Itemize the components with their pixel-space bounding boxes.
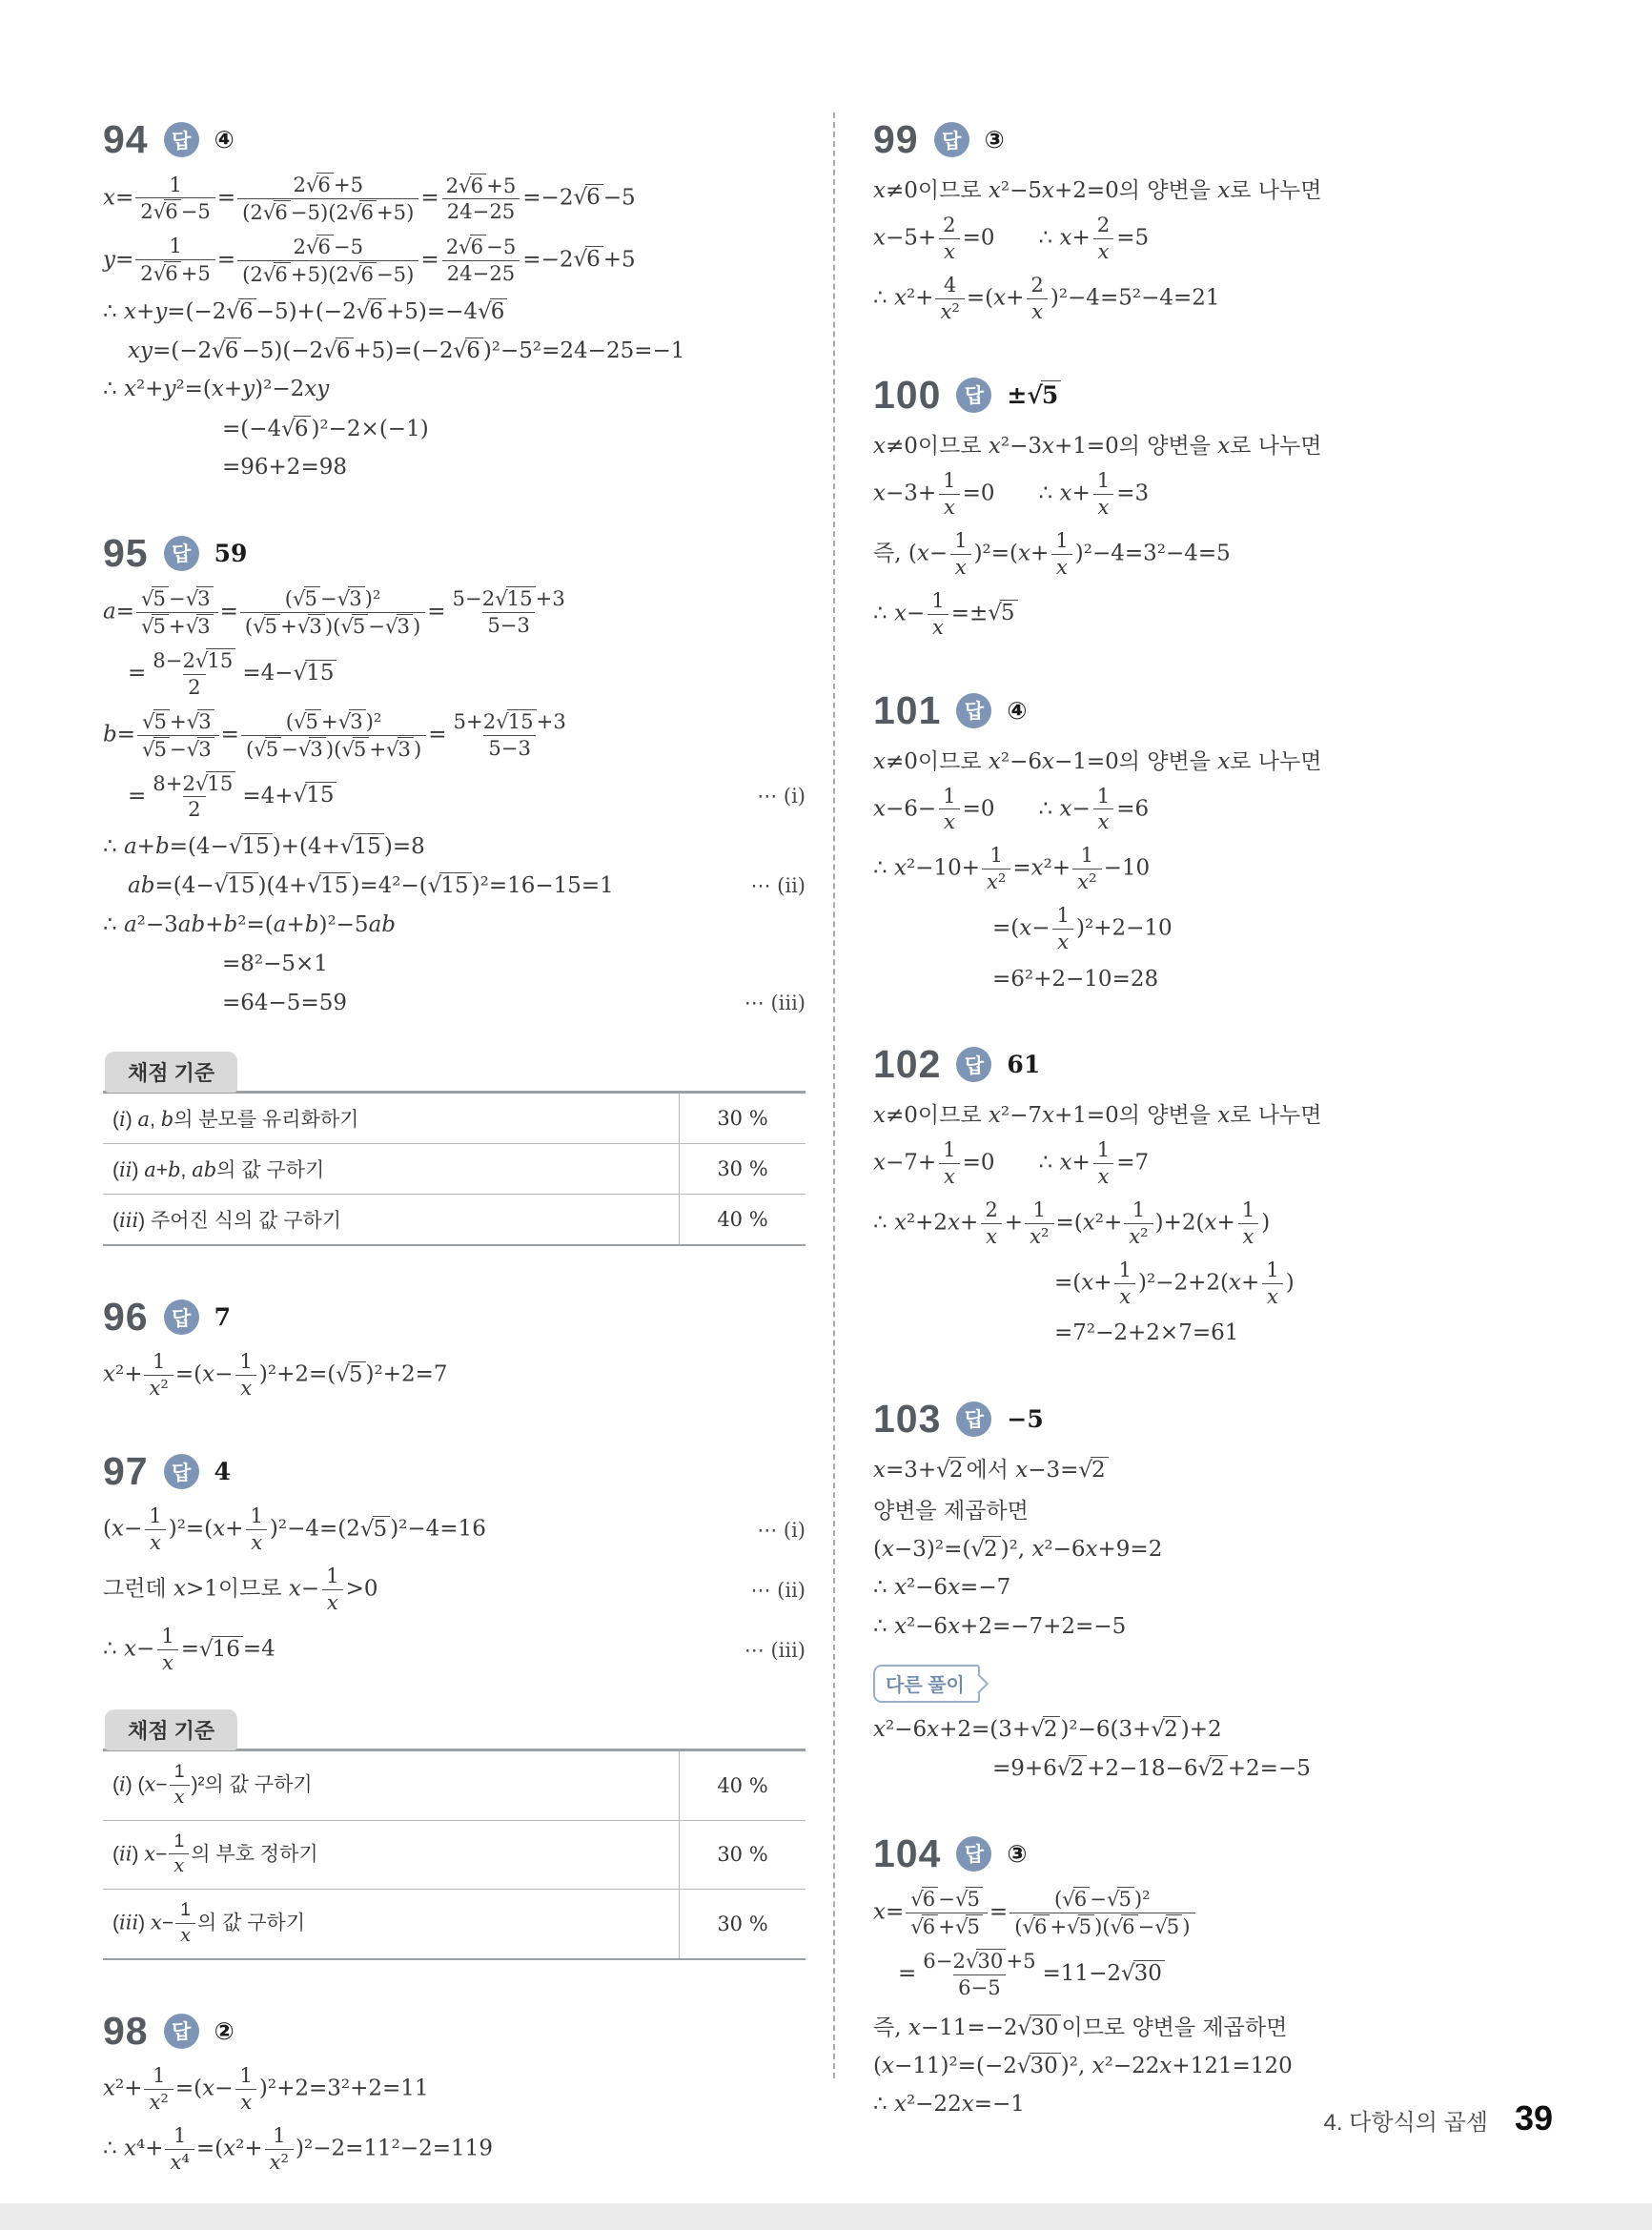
radical: √15 [195, 771, 235, 796]
radical: √6 [454, 338, 483, 363]
math-content: =(x−1x)²+2−10 [992, 904, 1173, 954]
math-content: (x−11)²=(−2√30)², x²−22x+121=120 [873, 2053, 1293, 2078]
radical: √6 [910, 1914, 938, 1939]
radical: √2 [1078, 1457, 1108, 1483]
radical: √3 [297, 614, 325, 639]
radical: √5 [1067, 1914, 1094, 1939]
radical: √5 [1107, 1887, 1134, 1912]
math-content: ∴ x²+y²=(x+y)²−2xy [103, 377, 329, 401]
fraction: √5−√3√5+√3 [136, 586, 218, 639]
fraction: 1x [235, 1350, 256, 1401]
radical: √5 [955, 1887, 983, 1912]
rubric-table: (i) a, b의 분모를 유리화하기30 %(ii) a+b, ab의 값 구… [103, 1091, 806, 1246]
radical: √6 [323, 338, 353, 363]
radical: √5 [293, 586, 320, 611]
math-line: =7²−2+2×7=61 [873, 1319, 1560, 1348]
rubric-table: (i) (x−1x)²의 값 구하기40 %(ii) x−1x의 부호 정하기3… [103, 1749, 806, 1960]
radical: √15 [294, 660, 337, 685]
fraction: 2√6−5(2√6+5)(2√6−5) [237, 235, 418, 287]
fraction: 4x² [935, 274, 964, 324]
math-line: 즉, x−11=−2√30이므로 양변을 제곱하면 [873, 2010, 1560, 2041]
problem-98: 98답②x²+1x²=(x−1x)²+2=3²+2=11∴ x⁴+1x⁴=(x²… [103, 2012, 806, 2175]
fraction: 5+2√15+35−3 [449, 709, 571, 761]
footer-chapter-title: 4. 다항식의 곱셈 [1323, 2103, 1487, 2137]
rubric-score: 30 % [680, 1820, 806, 1890]
step-tag: ⋯ (iii) [729, 1639, 806, 1662]
math-content: x=√6−√5√6+√5=(√6−√5)²(√6+√5)(√6−√5) [873, 1887, 1197, 1939]
radical: √3 [186, 586, 214, 611]
fraction: 1x [245, 1504, 267, 1555]
problem-header: 98답② [103, 2012, 806, 2051]
math-content: =8+2√152=4+√15 [128, 771, 337, 823]
math-content: x−6−1x=0 ∴ x−1x=6 [873, 785, 1149, 835]
fraction: 1x [1092, 1138, 1114, 1189]
math-line: (x−11)²=(−2√30)², x²−22x+121=120 [873, 2051, 1560, 2080]
math-line: x²+1x²=(x−1x)²+2=3²+2=11 [103, 2064, 806, 2115]
rubric-criterion: (ii) a+b, ab의 값 구하기 [103, 1144, 680, 1195]
radical: √5 [1154, 1914, 1182, 1939]
radical: √6 [306, 173, 334, 197]
math-content: ∴ a²−3ab+b²=(a+b)²−5ab [103, 912, 396, 937]
problem-number: 99 [873, 120, 919, 159]
math-content: x≠0이므로 x²−3x+1=0의 양변을 x로 나누면 [873, 428, 1321, 460]
answer-badge: 답 [164, 1299, 199, 1335]
fraction: 1x [156, 1625, 178, 1675]
math-content: x=12√6−5=2√6+5(2√6−5)(2√6+5)=2√6+524−25=… [103, 173, 636, 225]
radical: √6 [459, 174, 486, 198]
radical: √3 [385, 614, 413, 639]
math-line: x−3+1x=0 ∴ x+1x=3 [873, 469, 1560, 520]
radical: √6 [910, 1887, 938, 1912]
radical: √5 [341, 737, 369, 762]
fraction: 1x [235, 2064, 256, 2115]
rubric-row: (ii) x−1x의 부호 정하기30 % [103, 1820, 806, 1890]
radical: √30 [966, 1949, 1006, 1974]
fraction: 1x [1092, 785, 1114, 835]
answer-badge: 답 [164, 536, 199, 571]
fraction: 1x [1052, 904, 1074, 954]
math-content: =(x+1x)²−2+2(x+1x) [1054, 1258, 1295, 1309]
math-line: x−5+2x=0 ∴ x+2x=5 [873, 214, 1560, 264]
radical: √2 [1030, 1716, 1060, 1742]
math-content: y=12√6+5=2√6−5(2√6+5)(2√6−5)=2√6−524−25=… [103, 235, 636, 287]
problem-102: 102답61x≠0이므로 x²−7x+1=0의 양변을 x로 나누면x−7+1x… [873, 1045, 1560, 1348]
math-content: x²+1x²=(x−1x)²+2=(√5)²+2=7 [103, 1350, 448, 1401]
page-footer: 4. 다항식의 곱셈 39 [1323, 2098, 1553, 2138]
problem-number: 101 [873, 691, 941, 730]
answer-value: ③ [1007, 1840, 1027, 1868]
fraction: 1x² [265, 2124, 294, 2175]
math-line: ∴ x²−6x=−7 [873, 1573, 1560, 1603]
math-content: =64−5=59 [222, 991, 347, 1015]
radical: √5 [253, 614, 280, 639]
answer-badge: 답 [164, 122, 199, 157]
fraction: 1x [927, 589, 948, 640]
fraction: 2√6+524−25 [441, 174, 521, 225]
math-line: =96+2=98 [103, 453, 806, 482]
math-content: =6²+2−10=28 [992, 967, 1158, 992]
radical: √5 [254, 737, 281, 762]
radical: √5 [142, 709, 170, 734]
math-content: ∴ x+y=(−2√6−5)+(−2√6+5)=−4√6 [103, 298, 507, 324]
radical: √2 [970, 1536, 1000, 1562]
math-content: =8−2√152=4−√15 [128, 648, 337, 700]
math-content: ∴ a+b=(4−√15)+(4+√15)=8 [103, 833, 425, 859]
math-content: x−5+2x=0 ∴ x+2x=5 [873, 214, 1149, 264]
math-line: x=3+√2에서 x−3=√2 [873, 1452, 1560, 1483]
radical: √3 [186, 614, 214, 639]
math-line: =6−2√30+56−5=11−2√30 [873, 1949, 1560, 2000]
answer-badge: 답 [164, 1454, 199, 1489]
fraction: 1x [1114, 1258, 1136, 1309]
radical: √15 [294, 782, 337, 808]
math-content: ∴ x²−6x=−7 [873, 1575, 1010, 1600]
radical: √2 [1057, 1755, 1087, 1781]
rubric-row: (iii) x−1x의 값 구하기30 % [103, 1890, 806, 1959]
answer-badge: 답 [956, 1047, 991, 1082]
radical: √5 [141, 586, 169, 611]
fraction: 1x² [144, 1350, 173, 1401]
rubric-criterion: (ii) x−1x의 부호 정하기 [103, 1820, 680, 1890]
fraction: 12√6+5 [135, 235, 215, 286]
math-content: x=3+√2에서 x−3=√2 [873, 1452, 1109, 1483]
math-line: =8−2√152=4−√15 [103, 648, 806, 700]
problem-100: 100답±√5x≠0이므로 x²−3x+1=0의 양변을 x로 나누면x−3+1… [873, 376, 1560, 640]
problem-number: 98 [103, 2012, 149, 2051]
math-content: xy=(−2√6−5)(−2√6+5)=(−2√6)²−5²=24−25=−1 [128, 338, 684, 363]
fraction: 1x² [1025, 1198, 1053, 1249]
fraction: 2√6−524−25 [441, 235, 521, 286]
answer-badge: 답 [956, 1836, 991, 1872]
radical: √6 [263, 262, 291, 287]
math-line: 양변을 제곱하면 [873, 1493, 1560, 1524]
math-content: a=√5−√3√5+√3=(√5−√3)²(√5+√3)(√5−√3)=5−2√… [103, 586, 572, 639]
math-line: 즉, (x−1x)²=(x+1x)²−4=3²−4=5 [873, 529, 1560, 580]
rubric-criterion: (i) a, b의 분모를 유리화하기 [103, 1093, 680, 1144]
radical: √5 [1027, 380, 1061, 409]
radical: √6 [212, 338, 241, 363]
problem-101: 101답④x≠0이므로 x²−6x−1=0의 양변을 x로 나누면x−6−1x=… [873, 691, 1560, 994]
rubric-score: 30 % [680, 1144, 806, 1195]
fraction: 1x [321, 1565, 343, 1615]
math-content: (x−1x)²=(x+1x)²−4=(2√5)²−4=16 [103, 1504, 486, 1555]
rubric-row: (i) (x−1x)²의 값 구하기40 % [103, 1750, 806, 1821]
rubric-score: 40 % [680, 1195, 806, 1246]
fraction: 1x [1261, 1258, 1283, 1309]
math-content: 그런데 x>1이므로 x−1x>0 [103, 1565, 377, 1615]
math-line: =(x+1x)²−2+2(x+1x) [873, 1258, 1560, 1309]
fraction: (√5+√3)²(√5−√3)(√5+√3) [241, 709, 426, 762]
fraction: 1x [175, 1900, 195, 1948]
math-line: ab=(4−√15)(4+√15)=4²−(√15)²=16−15=1⋯ (ii… [103, 870, 806, 900]
workbook-answer-page: 94답④x=12√6−5=2√6+5(2√6−5)(2√6+5)=2√6+524… [0, 0, 1652, 2230]
math-line: b=√5+√3√5−√3=(√5+√3)²(√5−√3)(√5+√3)=5+2√… [103, 709, 806, 762]
math-content: 양변을 제곱하면 [873, 1493, 1029, 1524]
problem-header: 97답4 [103, 1452, 806, 1491]
answer-badge: 답 [956, 1401, 991, 1437]
math-line: x≠0이므로 x²−5x+2=0의 양변을 x로 나누면 [873, 173, 1560, 204]
answer-value: ③ [985, 126, 1005, 153]
fraction: 1x [144, 1504, 166, 1555]
math-content: ∴ x²−6x+2=−7+2=−5 [873, 1614, 1126, 1639]
problem-header: 94답④ [103, 120, 806, 159]
radical: √5 [360, 1516, 390, 1542]
radical: √3 [338, 709, 366, 734]
problem-95: 95답59a=√5−√3√5+√3=(√5−√3)²(√5+√3)(√5−√3)… [103, 534, 806, 1247]
radical: √30 [1121, 1960, 1165, 1986]
answer-badge: 답 [934, 122, 969, 157]
radical: √6 [349, 200, 377, 225]
math-line: (x−3)²=(√2)², x²−6x+9=2 [873, 1534, 1560, 1564]
math-content: x−3+1x=0 ∴ x+1x=3 [873, 469, 1149, 520]
step-tag: ⋯ (i) [742, 1519, 806, 1542]
math-line: x=12√6−5=2√6+5(2√6−5)(2√6+5)=2√6+524−25=… [103, 173, 806, 225]
math-line: x²+1x²=(x−1x)²+2=(√5)²+2=7 [103, 1350, 806, 1401]
answer-value: ±√5 [1007, 380, 1061, 409]
answer-value: −5 [1007, 1405, 1043, 1433]
math-content: =6−2√30+56−5=11−2√30 [898, 1949, 1165, 2000]
radical: √30 [1018, 2015, 1062, 2040]
step-tag: ⋯ (i) [742, 785, 806, 808]
problem-104: 104답③x=√6−√5√6+√5=(√6−√5)²(√6+√5)(√6−√5)… [873, 1834, 1560, 2119]
left-column: 94답④x=12√6−5=2√6+5(2√6−5)(2√6+5)=2√6+524… [103, 120, 806, 2226]
fraction: 2√6+5(2√6−5)(2√6+5) [237, 173, 418, 225]
problem-number: 100 [873, 376, 941, 415]
fraction: 2x [980, 1198, 1002, 1249]
answer-value: ④ [1007, 697, 1027, 725]
fraction: 1x² [982, 844, 1010, 894]
rubric-criterion: (iii) 주어진 식의 값 구하기 [103, 1195, 680, 1246]
radical: √15 [496, 709, 536, 734]
radical: √3 [187, 737, 214, 762]
footer-page-number: 39 [1515, 2098, 1553, 2138]
math-content: x²−6x+2=(3+√2)²−6(3+√2)+2 [873, 1716, 1222, 1742]
math-line: a=√5−√3√5+√3=(√5−√3)²(√5+√3)(√5−√3)=5−2√… [103, 586, 806, 639]
column-divider [833, 113, 835, 2078]
math-line: ∴ x²+4x²=(x+2x)²−4=5²−4=21 [873, 274, 1560, 324]
radical: √3 [298, 737, 326, 762]
problem-number: 94 [103, 120, 149, 159]
radical: √6 [153, 261, 181, 286]
radical: √6 [1022, 1914, 1050, 1939]
problem-99: 99답③x≠0이므로 x²−5x+2=0의 양변을 x로 나누면x−5+2x=0… [873, 120, 1560, 324]
math-line: ∴ x²+2x+2x+1x²=(x²+1x²)+2(x+1x) [873, 1198, 1560, 1249]
math-line: x≠0이므로 x²−6x−1=0의 양변을 x로 나누면 [873, 744, 1560, 775]
rubric-score: 40 % [680, 1750, 806, 1821]
radical: √3 [386, 737, 414, 762]
math-line: ∴ x−1x=√16=4⋯ (iii) [103, 1625, 806, 1675]
fraction: √6−√5√6+√5 [906, 1887, 988, 1939]
radical: √15 [214, 872, 258, 898]
radical: √6 [306, 235, 334, 259]
math-line: y=12√6+5=2√6−5(2√6+5)(2√6−5)=2√6−524−25=… [103, 235, 806, 287]
fraction: 1x [1050, 529, 1072, 580]
rubric-row: (iii) 주어진 식의 값 구하기40 % [103, 1195, 806, 1246]
fraction: 1x [169, 1831, 189, 1879]
rubric-criterion: (iii) x−1x의 값 구하기 [103, 1890, 680, 1959]
math-line: ∴ x²−10+1x²=x²+1x²−10 [873, 844, 1560, 894]
math-content: ∴ x²+4x²=(x+2x)²−4=5²−4=21 [873, 274, 1220, 324]
math-line: =8²−5×1 [103, 949, 806, 978]
radical: √6 [281, 416, 311, 441]
math-line: =64−5=59⋯ (iii) [103, 988, 806, 1017]
fraction: 1x [938, 469, 960, 520]
math-line: =9+6√2+2−18−6√2+2=−5 [873, 1753, 1560, 1783]
fraction: 1x [949, 529, 971, 580]
fraction: 1x⁴ [165, 2124, 194, 2175]
fraction: 5−2√15+35−3 [448, 586, 570, 638]
radical: √6 [153, 199, 181, 224]
alt-solution-badge: 다른 풀이 [873, 1665, 980, 1703]
fraction: 2x [1092, 214, 1114, 264]
math-content: x≠0이므로 x²−6x−1=0의 양변을 x로 나누면 [873, 744, 1321, 775]
math-content: 즉, (x−1x)²=(x+1x)²−4=3²−4=5 [873, 529, 1231, 580]
radical: √3 [187, 709, 214, 734]
problem-number: 97 [103, 1452, 149, 1491]
radical: √6 [573, 246, 602, 272]
radical: √5 [340, 614, 368, 639]
math-content: ∴ x²−10+1x²=x²+1x²−10 [873, 844, 1150, 894]
math-content: ∴ x⁴+1x⁴=(x²+1x²)²−2=11²−2=119 [103, 2124, 493, 2175]
answer-badge: 답 [956, 378, 991, 413]
math-content: ∴ x−1x=√16=4 [103, 1625, 275, 1675]
math-line: ∴ x²−6x+2=−7+2=−5 [873, 1612, 1560, 1642]
fraction: (√5−√3)²(√5+√3)(√5−√3) [240, 586, 425, 639]
math-content: x≠0이므로 x²−7x+1=0의 양변을 x로 나누면 [873, 1097, 1321, 1129]
math-content: (x−3)²=(√2)², x²−6x+9=2 [873, 1536, 1162, 1562]
math-line: x²−6x+2=(3+√2)²−6(3+√2)+2 [873, 1714, 1560, 1744]
math-line: x=√6−√5√6+√5=(√6−√5)²(√6+√5)(√6−√5) [873, 1887, 1560, 1939]
answer-badge: 답 [164, 2014, 199, 2049]
radical: √2 [1197, 1755, 1227, 1781]
fraction: 1x² [144, 2064, 173, 2115]
right-column: 99답③x≠0이므로 x²−5x+2=0의 양변을 x로 나누면x−5+2x=0… [873, 120, 1560, 2171]
problem-96: 96답7x²+1x²=(x−1x)²+2=(√5)²+2=7 [103, 1298, 806, 1401]
problem-number: 102 [873, 1045, 941, 1084]
rubric-block: 채점 기준(i) (x−1x)²의 값 구하기40 %(ii) x−1x의 부호… [103, 1708, 806, 1960]
math-content: 즉, x−11=−2√30이므로 양변을 제곱하면 [873, 2010, 1287, 2041]
fraction: 1x [1237, 1198, 1259, 1249]
fraction: 1x [1092, 469, 1114, 520]
problem-103: 103답−5x=3+√2에서 x−3=√2양변을 제곱하면(x−3)²=(√2)… [873, 1400, 1560, 1783]
math-line: xy=(−2√6−5)(−2√6+5)=(−2√6)²−5²=24−25=−1 [103, 336, 806, 365]
math-content: ∴ x−1x=±√5 [873, 589, 1018, 640]
rubric-block: 채점 기준(i) a, b의 분모를 유리화하기30 %(ii) a+b, ab… [103, 1050, 806, 1246]
problem-number: 96 [103, 1298, 149, 1337]
radical: √5 [336, 1361, 365, 1387]
math-line: 그런데 x>1이므로 x−1x>0⋯ (ii) [103, 1565, 806, 1615]
bottom-edge-strip [0, 2203, 1652, 2230]
math-content: =7²−2+2×7=61 [1054, 1320, 1238, 1345]
math-content: =8²−5×1 [222, 951, 328, 976]
answer-value: ④ [214, 126, 235, 153]
math-line: ∴ x+y=(−2√6−5)+(−2√6+5)=−4√6 [103, 297, 806, 326]
radical: √6 [349, 262, 377, 287]
fraction: 6−2√30+56−5 [918, 1949, 1040, 2000]
radical: √6 [263, 200, 291, 225]
radical: √5 [142, 737, 170, 762]
fraction: 8+2√152 [148, 771, 240, 823]
math-content: x²+1x²=(x−1x)²+2=3²+2=11 [103, 2064, 429, 2115]
answer-value: 61 [1007, 1051, 1040, 1078]
radical: √15 [340, 833, 384, 859]
radical: √6 [1111, 1914, 1138, 1939]
radical: √15 [307, 872, 351, 898]
math-line: x≠0이므로 x²−7x+1=0의 양변을 x로 나누면 [873, 1097, 1560, 1129]
radical: √6 [226, 298, 255, 324]
problem-header: 102답61 [873, 1045, 1560, 1084]
problem-header: 100답±√5 [873, 376, 1560, 415]
step-tag: ⋯ (ii) [736, 874, 806, 897]
math-line: =8+2√152=4+√15⋯ (i) [103, 771, 806, 823]
answer-value: 4 [214, 1458, 231, 1485]
math-line: =6²+2−10=28 [873, 964, 1560, 993]
math-line: =(x−1x)²+2−10 [873, 904, 1560, 954]
math-content: ab=(4−√15)(4+√15)=4²−(√15)²=16−15=1 [128, 872, 614, 898]
math-content: ∴ x²−22x=−1 [873, 2092, 1025, 2117]
rubric-title: 채점 기준 [105, 1052, 237, 1093]
problem-97: 97답4(x−1x)²=(x+1x)²−4=(2√5)²−4=16⋯ (i)그런… [103, 1452, 806, 1959]
fraction: 12√6−5 [135, 174, 215, 225]
radical: √5 [988, 600, 1017, 625]
problem-header: 96답7 [103, 1298, 806, 1337]
radical: √15 [229, 833, 273, 859]
answer-value: 7 [214, 1303, 231, 1331]
fraction: 2x [938, 214, 960, 264]
rubric-score: 30 % [680, 1890, 806, 1959]
problem-number: 95 [103, 534, 149, 573]
radical: √15 [495, 586, 535, 611]
problem-header: 104답③ [873, 1834, 1560, 1873]
radical: √5 [294, 709, 321, 734]
radical: √6 [459, 235, 486, 259]
math-line: ∴ x²+y²=(x+y)²−2xy [103, 375, 806, 404]
problem-header: 103답−5 [873, 1400, 1560, 1439]
math-content: =9+6√2+2−18−6√2+2=−5 [992, 1755, 1311, 1781]
radical: √16 [199, 1636, 243, 1662]
math-content: =(−4√6)²−2×(−1) [222, 416, 429, 441]
step-tag: ⋯ (ii) [736, 1579, 806, 1602]
fraction: 1x [938, 1138, 960, 1189]
radical: √2 [936, 1457, 966, 1483]
math-line: x−7+1x=0 ∴ x+1x=7 [873, 1138, 1560, 1189]
fraction: 8−2√152 [148, 648, 240, 700]
fraction: √5+√3√5−√3 [137, 709, 219, 762]
rubric-row: (i) a, b의 분모를 유리화하기30 % [103, 1093, 806, 1144]
math-line: ∴ x⁴+1x⁴=(x²+1x²)²−2=11²−2=119 [103, 2124, 806, 2175]
radical: √5 [955, 1914, 983, 1939]
radical: √6 [478, 298, 507, 324]
rubric-title: 채점 기준 [105, 1709, 237, 1750]
math-content: ∴ x²+2x+2x+1x²=(x²+1x²)+2(x+1x) [873, 1198, 1270, 1249]
fraction: (√6−√5)²(√6+√5)(√6−√5) [1010, 1887, 1194, 1939]
problem-94: 94답④x=12√6−5=2√6+5(2√6−5)(2√6+5)=2√6+524… [103, 120, 806, 482]
problem-header: 99답③ [873, 120, 1560, 159]
problem-number: 103 [873, 1400, 941, 1439]
math-line: ∴ a²−3ab+b²=(a+b)²−5ab [103, 910, 806, 939]
radical: √6 [573, 184, 602, 210]
math-line: x≠0이므로 x²−3x+1=0의 양변을 x로 나누면 [873, 428, 1560, 460]
fraction: 1x [170, 1762, 190, 1810]
math-content: x≠0이므로 x²−5x+2=0의 양변을 x로 나누면 [873, 173, 1321, 204]
radical: √30 [1017, 2053, 1061, 2078]
math-line: ∴ a+b=(4−√15)+(4+√15)=8 [103, 831, 806, 861]
answer-value: ② [214, 2017, 235, 2045]
radical: √5 [141, 614, 169, 639]
math-line: =(−4√6)²−2×(−1) [103, 414, 806, 443]
math-content: x−7+1x=0 ∴ x+1x=7 [873, 1138, 1149, 1189]
math-content: =96+2=98 [222, 455, 347, 480]
